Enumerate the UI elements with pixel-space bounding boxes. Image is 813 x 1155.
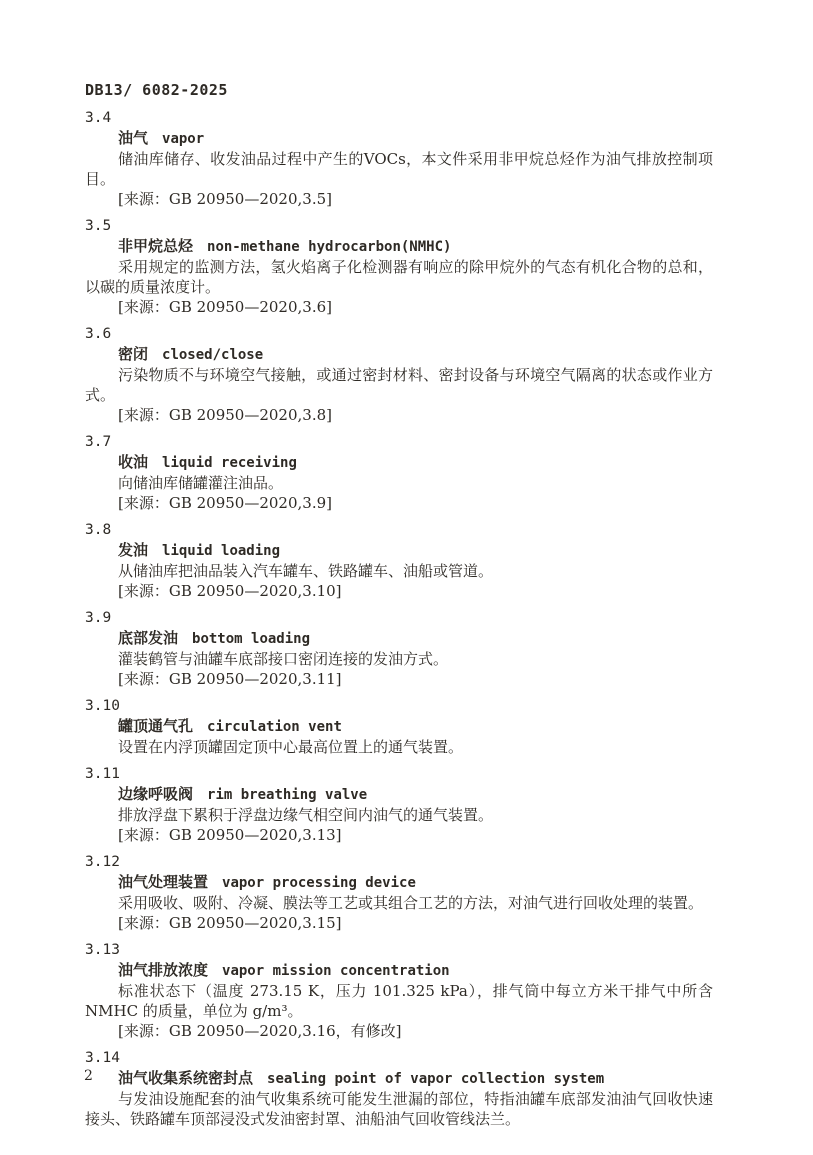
source-line: [来源：GB 20950—2020,3.13] — [85, 825, 713, 845]
term-section: 3.12 油气处理装置vapor processing device 采用吸收、… — [85, 852, 713, 933]
source-line: [来源：GB 20950—2020,3.15] — [85, 913, 713, 933]
term-section: 3.6 密闭closed/close 污染物质不与环境空气接触，或通过密封材料、… — [85, 324, 713, 425]
section-number: 3.14 — [85, 1048, 713, 1068]
term-chinese: 收油 — [118, 453, 148, 471]
term-chinese: 油气收集系统密封点 — [118, 1069, 253, 1087]
section-number: 3.6 — [85, 324, 713, 344]
term-line: 收油liquid receiving — [85, 452, 713, 473]
source-line: [来源：GB 20950—2020,3.6] — [85, 297, 713, 317]
term-english: liquid loading — [162, 543, 280, 559]
source-line: [来源：GB 20950—2020,3.9] — [85, 493, 713, 513]
term-definition: 与发油设施配套的油气收集系统可能发生泄漏的部位，特指油罐车底部发油油气回收快速接… — [85, 1089, 713, 1129]
section-number: 3.13 — [85, 940, 713, 960]
term-definition: 设置在内浮顶罐固定顶中心最高位置上的通气装置。 — [85, 737, 713, 757]
term-section: 3.9 底部发油bottom loading 灌装鹤管与油罐车底部接口密闭连接的… — [85, 608, 713, 689]
section-number: 3.10 — [85, 696, 713, 716]
terms-sections: 3.4 油气vapor 储油库储存、收发油品过程中产生的VOCs，本文件采用非甲… — [85, 108, 713, 1129]
term-section: 3.10 罐顶通气孔circulation vent 设置在内浮顶罐固定顶中心最… — [85, 696, 713, 757]
doc-number: DB13/ 6082-2025 — [85, 81, 228, 99]
section-number: 3.8 — [85, 520, 713, 540]
section-number: 3.12 — [85, 852, 713, 872]
term-chinese: 边缘呼吸阀 — [118, 785, 193, 803]
term-line: 非甲烷总烃non-methane hydrocarbon(NMHC) — [85, 236, 713, 257]
section-number: 3.4 — [85, 108, 713, 128]
section-number: 3.9 — [85, 608, 713, 628]
term-definition: 储油库储存、收发油品过程中产生的VOCs，本文件采用非甲烷总烃作为油气排放控制项… — [85, 149, 713, 189]
page-number: 2 — [84, 1066, 93, 1086]
term-chinese: 密闭 — [118, 345, 148, 363]
term-definition: 采用吸收、吸附、冷凝、膜法等工艺或其组合工艺的方法，对油气进行回收处理的装置。 — [85, 893, 713, 913]
term-english: rim breathing valve — [207, 787, 367, 803]
term-chinese: 发油 — [118, 541, 148, 559]
term-definition: 灌装鹤管与油罐车底部接口密闭连接的发油方式。 — [85, 649, 713, 669]
term-line: 油气处理装置vapor processing device — [85, 872, 713, 893]
term-line: 油气收集系统密封点sealing point of vapor collecti… — [85, 1068, 713, 1089]
term-definition: 污染物质不与环境空气接触，或通过密封材料、密封设备与环境空气隔离的状态或作业方式… — [85, 365, 713, 405]
document-page: DB13/ 6082-2025 3.4 油气vapor 储油库储存、收发油品过程… — [0, 0, 813, 1155]
term-chinese: 油气 — [118, 129, 148, 147]
term-english: vapor processing device — [222, 875, 416, 891]
term-section: 3.14 油气收集系统密封点sealing point of vapor col… — [85, 1048, 713, 1129]
term-section: 3.13 油气排放浓度vapor mission concentration 标… — [85, 940, 713, 1041]
term-line: 油气vapor — [85, 128, 713, 149]
term-line: 发油liquid loading — [85, 540, 713, 561]
term-english: closed/close — [162, 347, 263, 363]
term-chinese: 非甲烷总烃 — [118, 237, 193, 255]
term-section: 3.7 收油liquid receiving 向储油库储罐灌注油品。 [来源：G… — [85, 432, 713, 513]
term-chinese: 油气处理装置 — [118, 873, 208, 891]
term-definition: 标准状态下（温度 273.15 K，压力 101.325 kPa），排气筒中每立… — [85, 981, 713, 1021]
term-section: 3.4 油气vapor 储油库储存、收发油品过程中产生的VOCs，本文件采用非甲… — [85, 108, 713, 209]
document-header: DB13/ 6082-2025 — [85, 80, 713, 100]
term-english: sealing point of vapor collection system — [267, 1071, 604, 1087]
term-definition: 从储油库把油品装入汽车罐车、铁路罐车、油船或管道。 — [85, 561, 713, 581]
term-english: circulation vent — [207, 719, 342, 735]
term-definition: 向储油库储罐灌注油品。 — [85, 473, 713, 493]
term-english: vapor mission concentration — [222, 963, 450, 979]
term-english: vapor — [162, 131, 204, 147]
term-section: 3.11 边缘呼吸阀rim breathing valve 排放浮盘下累积于浮盘… — [85, 764, 713, 845]
section-number: 3.11 — [85, 764, 713, 784]
term-line: 油气排放浓度vapor mission concentration — [85, 960, 713, 981]
term-section: 3.5 非甲烷总烃non-methane hydrocarbon(NMHC) 采… — [85, 216, 713, 317]
source-line: [来源：GB 20950—2020,3.11] — [85, 669, 713, 689]
term-section: 3.8 发油liquid loading 从储油库把油品装入汽车罐车、铁路罐车、… — [85, 520, 713, 601]
term-line: 罐顶通气孔circulation vent — [85, 716, 713, 737]
term-definition: 采用规定的监测方法，氢火焰离子化检测器有响应的除甲烷外的气态有机化合物的总和，以… — [85, 257, 713, 297]
term-definition: 排放浮盘下累积于浮盘边缘气相空间内油气的通气装置。 — [85, 805, 713, 825]
source-line: [来源：GB 20950—2020,3.16，有修改] — [85, 1021, 713, 1041]
section-number: 3.5 — [85, 216, 713, 236]
term-english: non-methane hydrocarbon(NMHC) — [207, 239, 451, 255]
term-english: liquid receiving — [162, 455, 297, 471]
section-number: 3.7 — [85, 432, 713, 452]
source-line: [来源：GB 20950—2020,3.8] — [85, 405, 713, 425]
term-line: 密闭closed/close — [85, 344, 713, 365]
term-chinese: 罐顶通气孔 — [118, 717, 193, 735]
term-chinese: 底部发油 — [118, 629, 178, 647]
term-line: 边缘呼吸阀rim breathing valve — [85, 784, 713, 805]
source-line: [来源：GB 20950—2020,3.5] — [85, 189, 713, 209]
term-english: bottom loading — [192, 631, 310, 647]
term-chinese: 油气排放浓度 — [118, 961, 208, 979]
source-line: [来源：GB 20950—2020,3.10] — [85, 581, 713, 601]
term-line: 底部发油bottom loading — [85, 628, 713, 649]
